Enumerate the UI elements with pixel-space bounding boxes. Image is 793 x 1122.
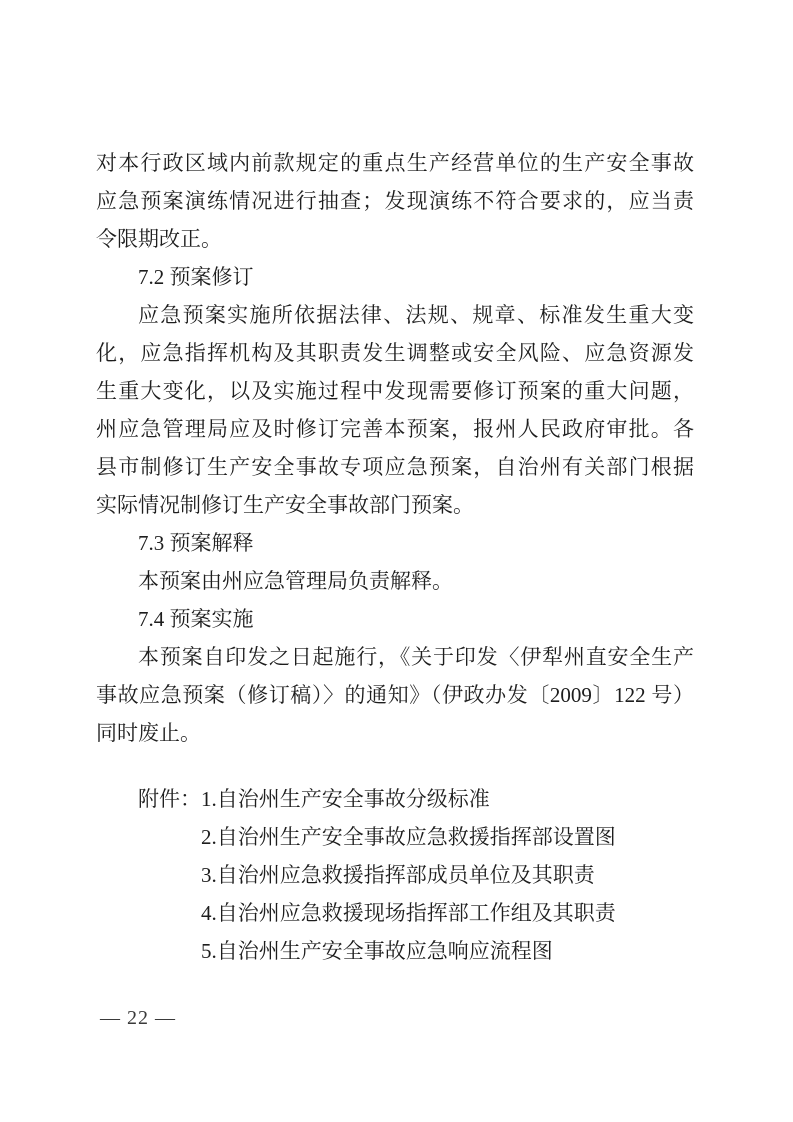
body-text-line: 应急预案演练情况进行抽查；发现演练不符合要求的，应当责 — [96, 182, 694, 220]
attachments-list: 附件：1.自治州生产安全事故分级标准 2.自治州生产安全事故应急救援指挥部设置图… — [96, 780, 694, 970]
body-text-line: 应急预案实施所依据法律、法规、规章、标准发生重大变 — [96, 296, 694, 334]
body-text-line: 事故应急预案（修订稿）〉的通知》（伊政办发〔2009〕122 号） — [96, 676, 694, 714]
attachment-row: 附件：1.自治州生产安全事故分级标准 — [96, 780, 694, 818]
document-body: 对本行政区域内前款规定的重点生产经营单位的生产安全事故 应急预案演练情况进行抽查… — [96, 144, 694, 752]
body-text-line: 县市制修订生产安全事故专项应急预案，自治州有关部门根据 — [96, 448, 694, 486]
body-text-line: 生重大变化，以及实施过程中发现需要修订预案的重大问题， — [96, 372, 694, 410]
section-heading-7-3: 7.3 预案解释 — [96, 524, 694, 562]
body-text-line: 本预案自印发之日起施行，《关于印发〈伊犁州直安全生产 — [96, 638, 694, 676]
attachments-label: 附件： — [138, 780, 201, 818]
body-text-line: 对本行政区域内前款规定的重点生产经营单位的生产安全事故 — [96, 144, 694, 182]
attachment-item-5: 5.自治州生产安全事故应急响应流程图 — [96, 932, 694, 970]
body-text-line: 实际情况制修订生产安全事故部门预案。 — [96, 486, 694, 524]
body-text-line: 本预案由州应急管理局负责解释。 — [96, 562, 694, 600]
attachment-item-3: 3.自治州应急救援指挥部成员单位及其职责 — [96, 856, 694, 894]
body-text-line: 令限期改正。 — [96, 220, 694, 258]
body-text-line: 同时废止。 — [96, 714, 694, 752]
attachment-item-2: 2.自治州生产安全事故应急救援指挥部设置图 — [96, 818, 694, 856]
page-number: — 22 — — [100, 1006, 176, 1030]
section-heading-7-2: 7.2 预案修订 — [96, 258, 694, 296]
attachment-item-4: 4.自治州应急救援现场指挥部工作组及其职责 — [96, 894, 694, 932]
attachment-item-1: 1.自治州生产安全事故分级标准 — [201, 787, 490, 811]
body-text-line: 化，应急指挥机构及其职责发生调整或安全风险、应急资源发 — [96, 334, 694, 372]
section-heading-7-4: 7.4 预案实施 — [96, 600, 694, 638]
body-text-line: 州应急管理局应及时修订完善本预案，报州人民政府审批。各 — [96, 410, 694, 448]
document-page: 对本行政区域内前款规定的重点生产经营单位的生产安全事故 应急预案演练情况进行抽查… — [0, 0, 793, 1122]
